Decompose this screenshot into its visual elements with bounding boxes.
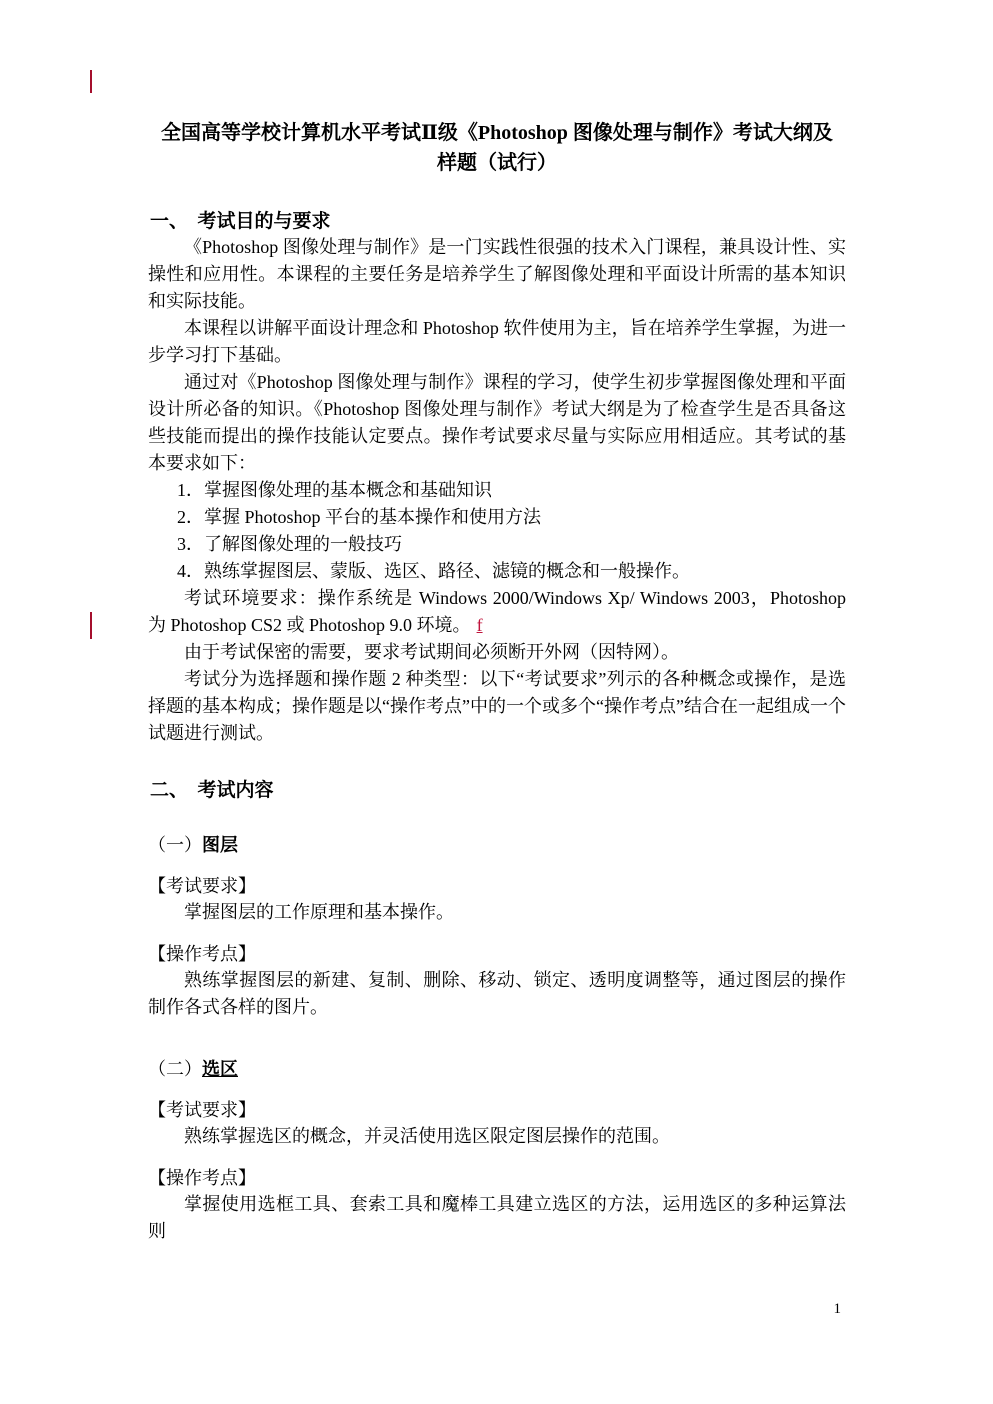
revision-bar-top — [90, 70, 92, 93]
subsection2-operation-points-text: 掌握使用选框工具、套索工具和魔棒工具建立选区的方法，运用选区的多种运算法则 — [148, 1191, 846, 1245]
document-page: 全国高等学校计算机水平考试Ⅱ级《Photoshop 图像处理与制作》考试大纲及样… — [0, 0, 993, 1404]
inserted-revision-text: f — [471, 615, 483, 635]
subsection2-heading: （二）选区 — [148, 1057, 846, 1082]
requirements-list: 1．掌握图像处理的基本概念和基础知识 2．掌握 Photoshop 平台的基本操… — [148, 477, 846, 585]
subsection1-exam-requirements-text: 掌握图层的工作原理和基本操作。 — [148, 899, 846, 926]
environment-text: 考试环境要求：操作系统是 Windows 2000/Windows Xp/ Wi… — [148, 588, 846, 635]
list-item: 2．掌握 Photoshop 平台的基本操作和使用方法 — [148, 504, 846, 531]
subsection2-operation-points-label: 【操作考点】 — [148, 1166, 846, 1191]
page-number: 1 — [834, 1300, 842, 1318]
environment-paragraph: 考试环境要求：操作系统是 Windows 2000/Windows Xp/ Wi… — [148, 585, 846, 639]
document-title: 全国高等学校计算机水平考试Ⅱ级《Photoshop 图像处理与制作》考试大纲及样… — [148, 118, 846, 178]
subsection2-number: （二） — [148, 1059, 202, 1079]
document-content: 全国高等学校计算机水平考试Ⅱ级《Photoshop 图像处理与制作》考试大纲及样… — [148, 118, 846, 1245]
secrecy-paragraph: 由于考试保密的需要，要求考试期间必须断开外网（因特网）。 — [148, 639, 846, 666]
subsection1-operation-points-text: 熟练掌握图层的新建、复制、删除、移动、锁定、透明度调整等，通过图层的操作制作各式… — [148, 967, 846, 1021]
section1-paragraph-1: 《Photoshop 图像处理与制作》是一门实践性很强的技术入门课程，兼具设计性… — [148, 234, 846, 315]
section1-paragraph-3: 通过对《Photoshop 图像处理与制作》课程的学习，使学生初步掌握图像处理和… — [148, 369, 846, 477]
list-item: 1．掌握图像处理的基本概念和基础知识 — [148, 477, 846, 504]
question-type-paragraph: 考试分为选择题和操作题 2 种类型：以下“考试要求”列示的各种概念或操作，是选择… — [148, 666, 846, 747]
subsection2-exam-requirements-text: 熟练掌握选区的概念，并灵活使用选区限定图层操作的范围。 — [148, 1123, 846, 1150]
subsection1-term: 图层 — [202, 835, 238, 855]
subsection1-number: （一） — [148, 835, 202, 855]
subsection1-operation-points-label: 【操作考点】 — [148, 942, 846, 967]
subsection2-exam-requirements-label: 【考试要求】 — [148, 1098, 846, 1123]
subsection2-term: 选区 — [202, 1059, 238, 1079]
subsection1-heading: （一）图层 — [148, 833, 846, 858]
subsection1-exam-requirements-label: 【考试要求】 — [148, 874, 846, 899]
section1-paragraph-2: 本课程以讲解平面设计理念和 Photoshop 软件使用为主，旨在培养学生掌握，… — [148, 315, 846, 369]
section1-heading: 一、 考试目的与要求 — [150, 210, 846, 234]
revision-bar-middle — [90, 612, 92, 639]
list-item: 3．了解图像处理的一般技巧 — [148, 531, 846, 558]
section2-heading: 二、 考试内容 — [150, 779, 846, 803]
list-item: 4．熟练掌握图层、蒙版、选区、路径、滤镜的概念和一般操作。 — [148, 558, 846, 585]
